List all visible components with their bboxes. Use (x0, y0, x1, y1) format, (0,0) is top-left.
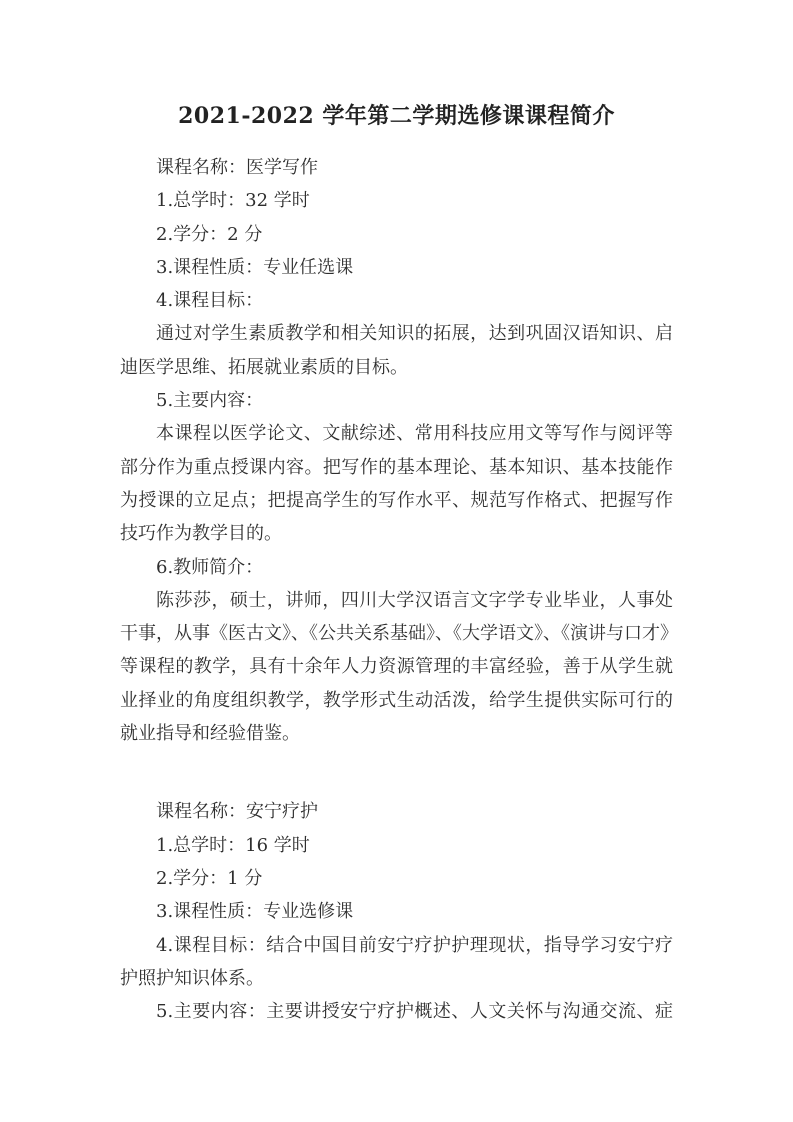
document-body: 课程名称：医学写作 1.总学时：32 学时 2.学分：2 分 3.课程性质：专业… (120, 151, 673, 1028)
main-content-text-line: 为授课的立足点；把提高学生的写作水平、规范写作格式、把握写作 (120, 484, 673, 517)
main-content-text-line: 部分作为重点授课内容。把写作的基本理论、基本知识、基本技能作 (120, 451, 673, 484)
course-goal-text-line: 迪医学思维、拓展就业素质的目标。 (120, 351, 673, 384)
course-goal-text-line: 通过对学生素质教学和相关知识的拓展，达到巩固汉语知识、启 (120, 317, 673, 350)
main-content-text-line: 技巧作为教学目的。 (120, 517, 673, 550)
total-hours-line: 1.总学时：16 学时 (120, 829, 673, 862)
course-name-line: 课程名称：医学写作 (120, 151, 673, 184)
main-content-text-line: 5.主要内容：主要讲授安宁疗护概述、人文关怀与沟通交流、症 (120, 995, 673, 1028)
document-title: 2021-2022 学年第二学期选修课课程简介 (0, 0, 793, 133)
credits-line: 2.学分：2 分 (120, 218, 673, 251)
credits-line: 2.学分：1 分 (120, 862, 673, 895)
course-goal-heading-line: 4.课程目标： (120, 284, 673, 317)
course-goal-text-line: 4.课程目标：结合中国目前安宁疗护护理现状，指导学习安宁疗 (120, 929, 673, 962)
course-type-line: 3.课程性质：专业任选课 (120, 251, 673, 284)
teacher-intro-text-line: 业择业的角度组织教学，教学形式生动活泼，给学生提供实际可行的 (120, 684, 673, 717)
total-hours-line: 1.总学时：32 学时 (120, 184, 673, 217)
teacher-intro-text-line: 就业指导和经验借鉴。 (120, 717, 673, 750)
document-page: 2021-2022 学年第二学期选修课课程简介 课程名称：医学写作 1.总学时：… (0, 0, 793, 1122)
teacher-intro-text-line: 陈莎莎，硕士，讲师，四川大学汉语言文字学专业毕业，人事处 (120, 584, 673, 617)
main-content-text-line: 本课程以医学论文、文献综述、常用科技应用文等写作与阅评等 (120, 417, 673, 450)
course-goal-text-line: 护照护知识体系。 (120, 962, 673, 995)
course-section-medical-writing: 课程名称：医学写作 1.总学时：32 学时 2.学分：2 分 3.课程性质：专业… (120, 151, 673, 750)
course-section-hospice-care: 课程名称：安宁疗护 1.总学时：16 学时 2.学分：1 分 3.课程性质：专业… (120, 795, 673, 1028)
course-name-line: 课程名称：安宁疗护 (120, 795, 673, 828)
course-type-line: 3.课程性质：专业选修课 (120, 895, 673, 928)
section-spacer (120, 750, 673, 795)
teacher-intro-text-line: 等课程的教学，具有十余年人力资源管理的丰富经验，善于从学生就 (120, 650, 673, 683)
main-content-heading-line: 5.主要内容： (120, 384, 673, 417)
teacher-intro-text-line: 干事，从事《医古文》、《公共关系基础》、《大学语文》、《演讲与口才》 (120, 617, 673, 650)
teacher-intro-heading-line: 6.教师简介： (120, 551, 673, 584)
